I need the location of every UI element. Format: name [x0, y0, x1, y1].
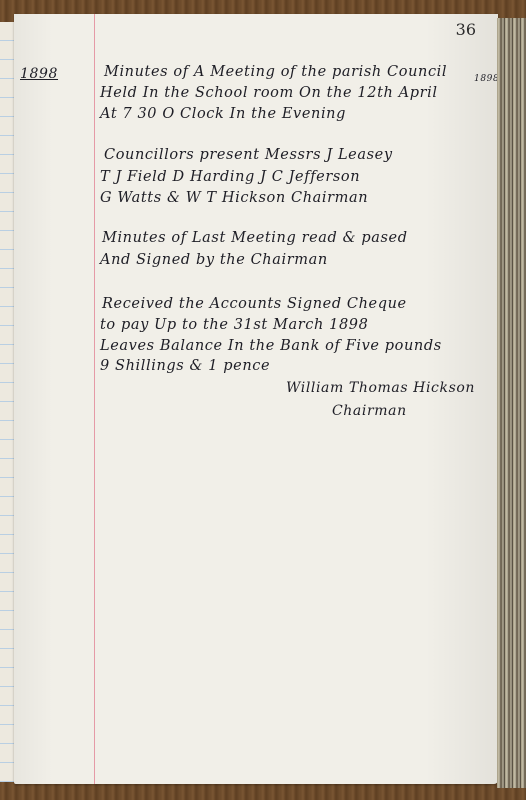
page-stack-edge — [497, 18, 526, 788]
signature-title: Chairman — [332, 403, 407, 419]
minutes-line-5: T J Field D Harding J C Jefferson — [100, 169, 360, 185]
minutes-line-10: to pay Up to the 31st March 1898 — [100, 317, 368, 333]
year-insert: 1898 — [474, 74, 499, 84]
signature-name: William Thomas Hickson — [286, 380, 475, 396]
margin-line — [94, 14, 95, 784]
ledger-book: 36 1898 1898 Minutes of A Meeting of the… — [0, 14, 526, 786]
minutes-line-9: Received the Accounts Signed Cheque — [102, 296, 407, 312]
minutes-line-8: And Signed by the Chairman — [100, 252, 328, 268]
margin-year-note: 1898 — [20, 66, 58, 82]
minutes-line-2: Held In the School room On the 12th Apri… — [100, 85, 438, 101]
page-number: 36 — [456, 20, 476, 39]
minutes-line-12: 9 Shillings & 1 pence — [100, 358, 270, 374]
minutes-line-7: Minutes of Last Meeting read & pased — [102, 230, 408, 246]
minutes-line-11: Leaves Balance In the Bank of Five pound… — [100, 338, 442, 354]
minutes-line-1: Minutes of A Meeting of the parish Counc… — [104, 64, 447, 80]
minutes-line-6: G Watts & W T Hickson Chairman — [100, 190, 368, 206]
minutes-line-4: Councillors present Messrs J Leasey — [104, 147, 393, 163]
minutes-line-3: At 7 30 O Clock In the Evening — [100, 106, 346, 122]
ledger-page: 36 1898 1898 Minutes of A Meeting of the… — [14, 14, 498, 784]
